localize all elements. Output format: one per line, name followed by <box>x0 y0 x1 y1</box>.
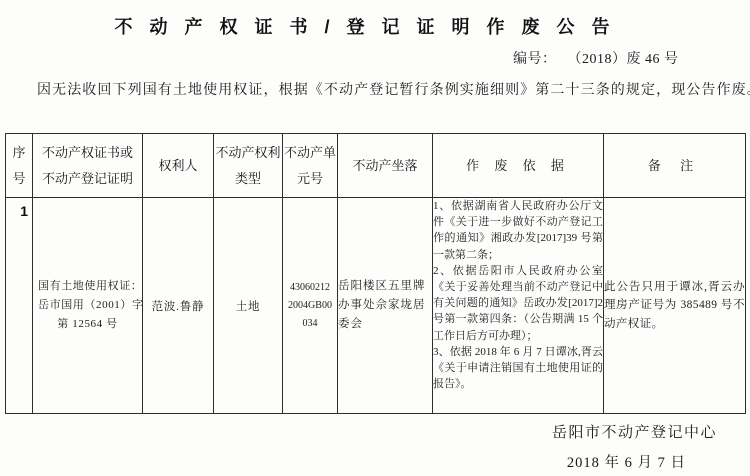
certificate-line-3: 第 12564 号 <box>33 315 142 334</box>
col-header-basis: 作 废 依 据 <box>433 134 604 198</box>
doc-number-value: （2018）废 46 号 <box>575 52 679 67</box>
records-table: 序 号 不动产权证书或 不动产登记证明 权利人 不动产权利 类型 不动产单 元号… <box>5 133 746 414</box>
intro-text: 因无法收回下列国有土地使用权证，根据《不动产登记暂行条例实施细则》第二十三条的规… <box>37 79 743 99</box>
col-header-certificate: 不动产权证书或 不动产登记证明 <box>33 134 143 198</box>
col-header-right-type: 不动产权利 类型 <box>214 134 283 198</box>
cell-right-type: 土地 <box>214 198 283 414</box>
col-header-unit-no: 不动产单 元号 <box>283 134 338 198</box>
col-header-remarks: 备 注 <box>604 134 746 198</box>
issue-date: 2018 年 6 月 7 日 <box>567 451 686 472</box>
basis-item: 1、依据湖南省人民政府办公厅文件《关于进一步做好不动产登记工作的通知》湘政办发[… <box>433 198 603 263</box>
issuer-name: 岳阳市不动产登记中心 <box>552 421 717 442</box>
table-row: 1 国有土地使用权证： 岳市国用（2001）字 第 12564 号 范波.鲁静 … <box>6 198 746 414</box>
col-header-seq: 序 号 <box>6 134 33 198</box>
basis-item: 2、依据岳阳市人民政府办公室《关于妥善处理当前不动产登记中有关问题的通知》岳政办… <box>433 263 603 344</box>
cell-remarks: 此公告只用于谭冰,胥云办理房产证号为 385489 号不动产权证。 <box>604 198 746 414</box>
seq-number: 1 <box>6 198 32 219</box>
page-title: 不 动 产 权 证 书 / 登 记 证 明 作 废 公 告 <box>0 13 730 39</box>
col-header-holder: 权利人 <box>143 134 214 198</box>
cell-holder: 范波.鲁静 <box>143 198 214 414</box>
basis-item: 3、依据 2018 年 6 月 7 日谭冰,胥云《关于申请注销国有土地使用证的报… <box>433 344 603 393</box>
cell-unit-no: 43060212 2004GB00 034 <box>283 198 338 414</box>
announcement-document: 不 动 产 权 证 书 / 登 记 证 明 作 废 公 告 编号：（2018）废… <box>0 0 750 476</box>
col-header-location: 不动产坐落 <box>338 134 433 198</box>
doc-number-label: 编号： <box>513 52 557 67</box>
cell-basis: 1、依据湖南省人民政府办公厅文件《关于进一步做好不动产登记工作的通知》湘政办发[… <box>433 198 604 414</box>
certificate-line-2: 岳市国用（2001）字 <box>33 296 142 315</box>
certificate-line-1: 国有土地使用权证： <box>33 277 142 296</box>
cell-seq: 1 <box>6 198 33 414</box>
cell-certificate: 国有土地使用权证： 岳市国用（2001）字 第 12564 号 <box>33 198 143 414</box>
doc-number: 编号：（2018）废 46 号 <box>513 48 679 68</box>
table-header-row: 序 号 不动产权证书或 不动产登记证明 权利人 不动产权利 类型 不动产单 元号… <box>6 134 746 198</box>
cell-location: 岳阳楼区五里牌 办事处佘家垅居 委会 <box>338 198 433 414</box>
